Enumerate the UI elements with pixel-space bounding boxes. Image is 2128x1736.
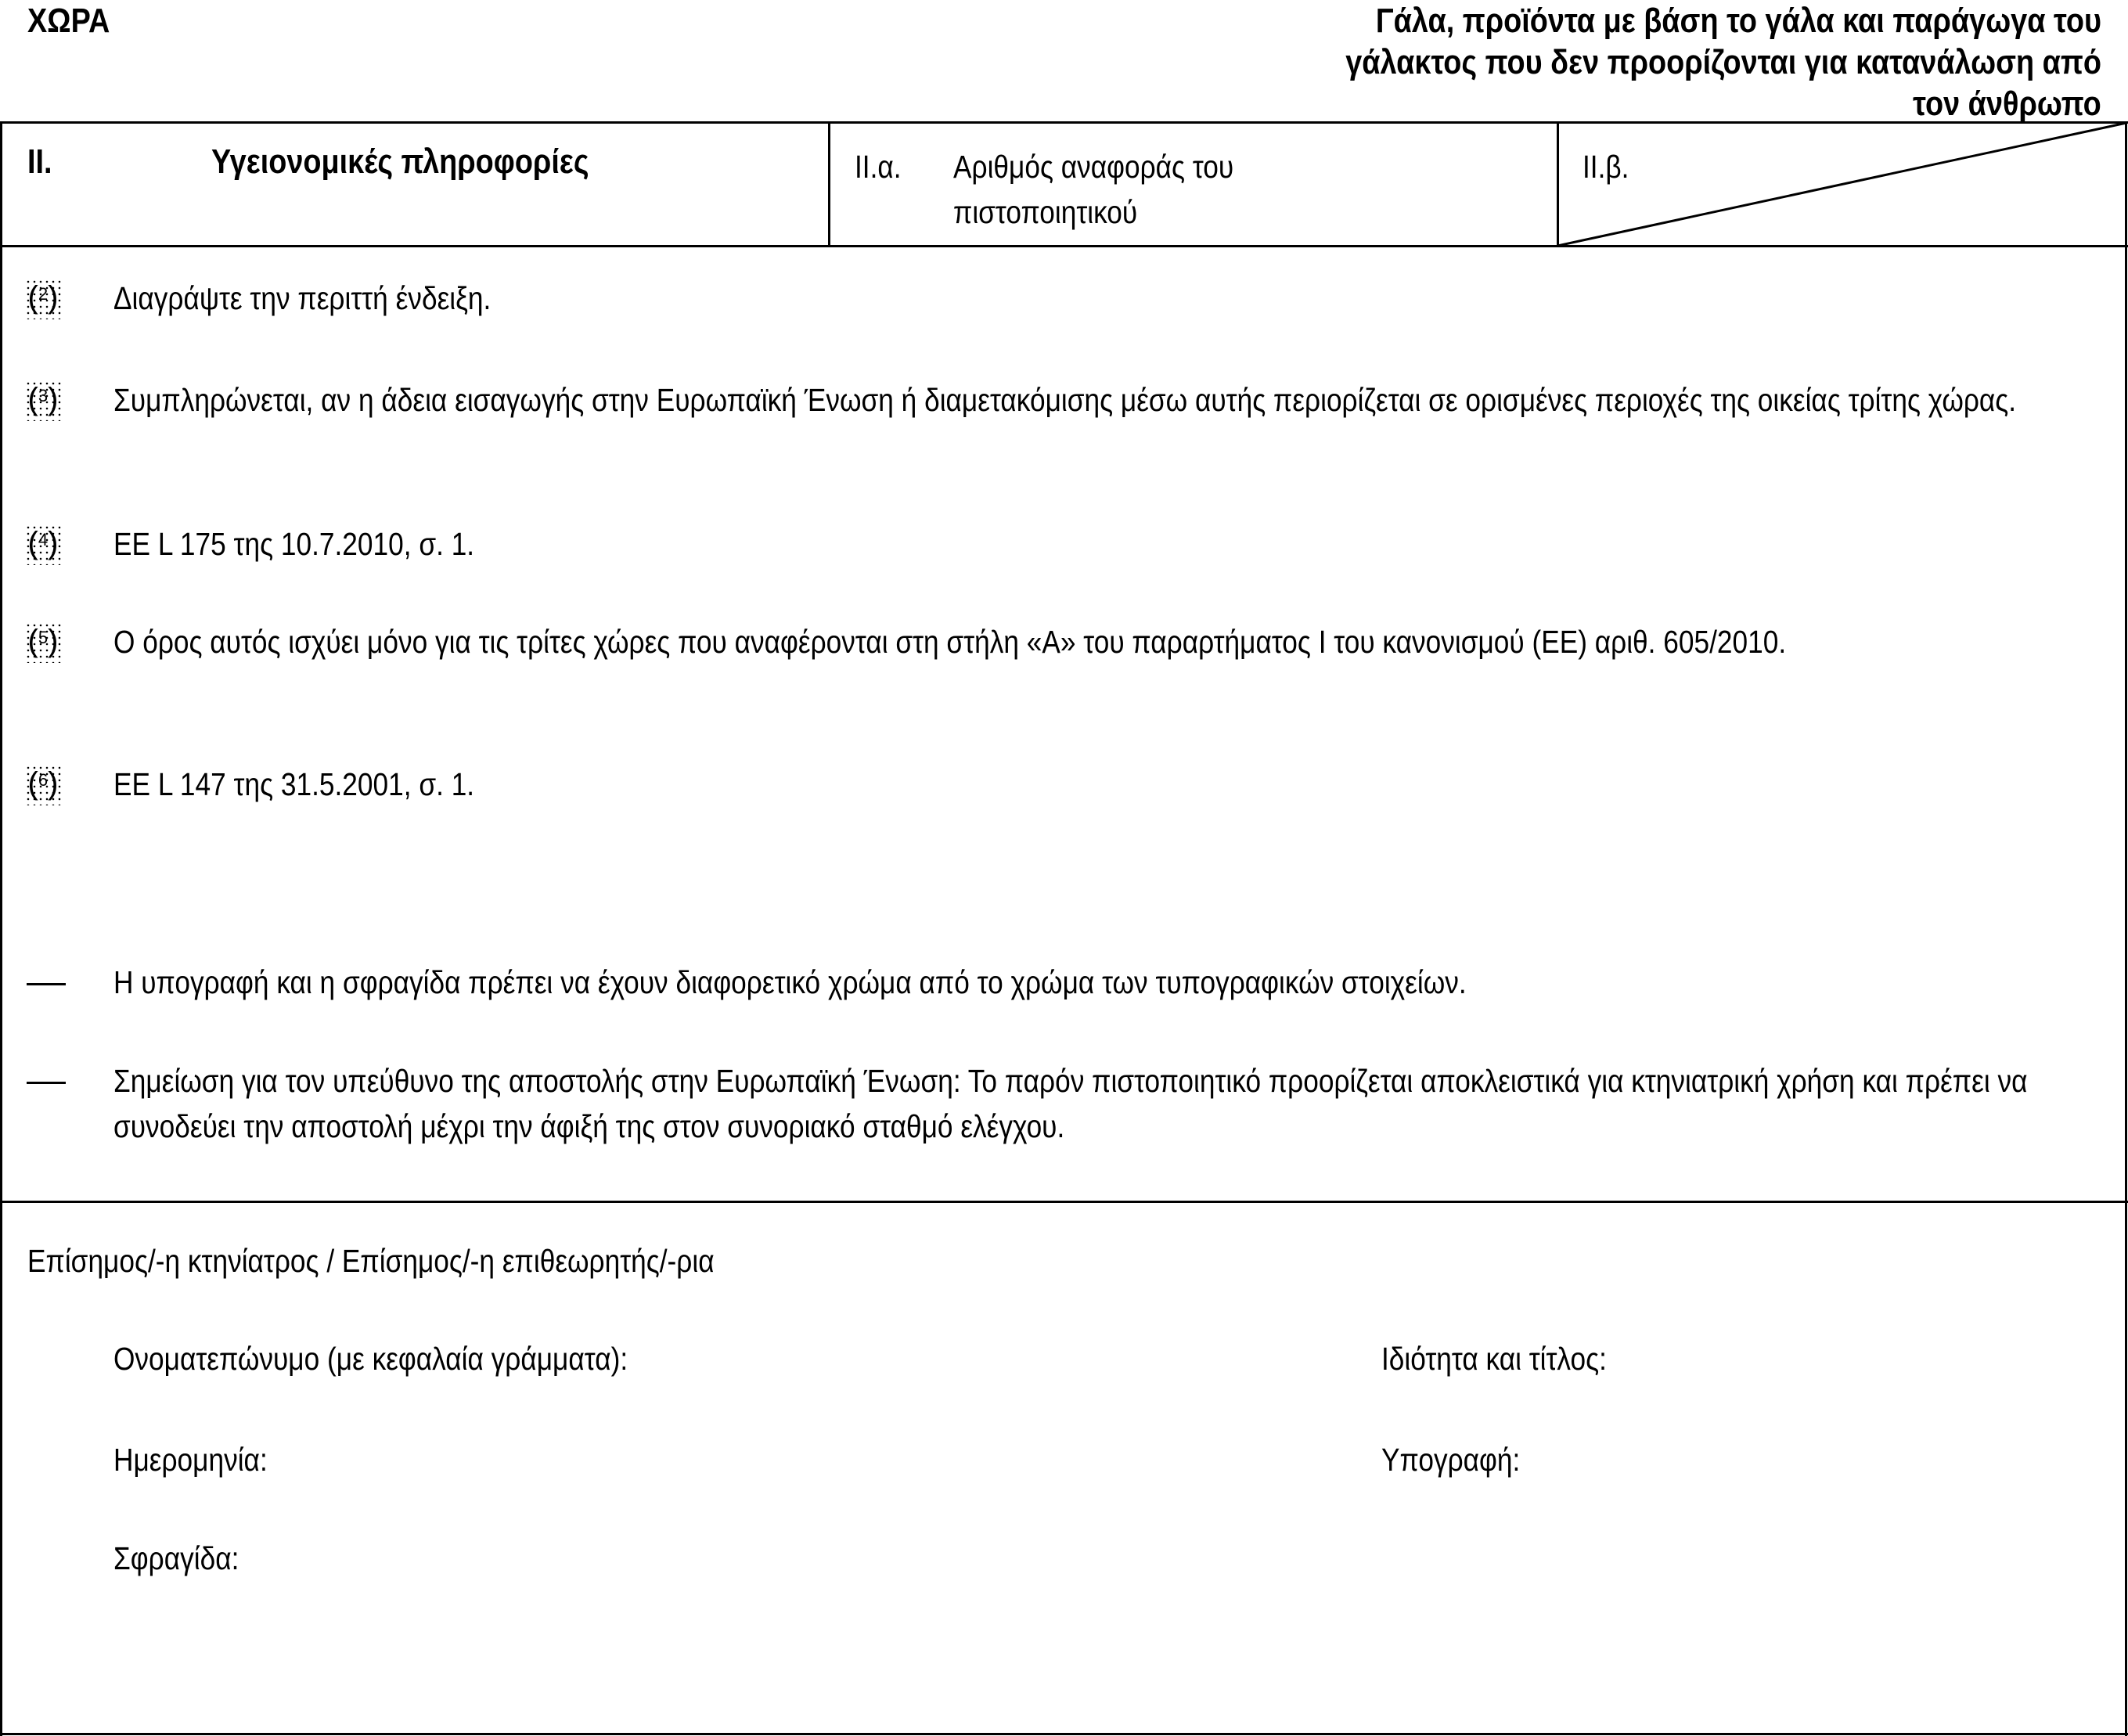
ref-code: II.α. [855,144,902,189]
certificate-title-line-3: τον άνθρωπο [1913,83,2101,124]
footnote-marker: (2) [25,279,61,319]
certificate-title-line-2: γάλακτος που δεν προορίζονται για κατανά… [1345,41,2101,83]
signature-label: Υπογραφή: [1381,1437,1520,1482]
date-label: Ημερομηνία: [113,1437,268,1482]
qualification-label: Ιδιότητα και τίτλος: [1381,1336,1607,1381]
note-text: Σημείωση για τον υπεύθυνο της αποστολής … [113,1058,2106,1149]
section-title: Υγειονομικές πληροφορίες [211,141,589,182]
footnote-marker: (6) [25,765,61,805]
country-label: ΧΩΡΑ [27,0,110,41]
footnote-marker: (3) [25,380,61,421]
section-number: II. [27,141,52,182]
ref-b-code: II.β. [1582,144,1629,189]
ref-label-line-1: Αριθμός αναφοράς του [953,144,1233,189]
note-text: Η υπογραφή και η σφραγίδα πρέπει να έχου… [113,960,2106,1005]
ref-label-line-2: πιστοποιητικού [953,189,1233,235]
footnote-marker: (5) [25,622,61,663]
ref-label: Αριθμός αναφοράς του πιστοποιητικού [953,144,1279,235]
dash-bullet-icon [27,983,66,985]
signature-heading: Επίσημος/-η κτηνίατρος / Επίσημος/-η επι… [27,1238,715,1284]
footnote-text: Συμπληρώνεται, αν η άδεια εισαγωγής στην… [113,377,2106,423]
table-border-left [0,121,2,1736]
footnote-text: Ο όρος αυτός ισχύει μόνο για τις τρίτες … [113,619,2106,665]
table-border-bottom [0,1733,2128,1735]
footnote-text: Διαγράψτε την περιττή ένδειξη. [113,276,2106,321]
certificate-title: Γάλα, προϊόντα με βάση το γάλα και παράγ… [927,0,2101,124]
dash-bullet-icon [27,1082,66,1084]
cell-strike-diagonal [1557,121,2128,248]
footnote-text: ΕΕ L 175 της 10.7.2010, σ. 1. [113,521,2106,567]
table-border-right [2125,121,2127,1736]
column-divider-1 [828,121,830,247]
name-label: Ονοματεπώνυμο (με κεφαλαία γράμματα): [113,1336,628,1381]
certificate-title-line-1: Γάλα, προϊόντα με βάση το γάλα και παράγ… [1376,0,2101,41]
footnote-text: ΕΕ L 147 της 31.5.2001, σ. 1. [113,762,2106,807]
signature-section-divider [0,1201,2128,1203]
stamp-label: Σφραγίδα: [113,1536,239,1581]
footnote-marker: (4) [25,524,61,565]
